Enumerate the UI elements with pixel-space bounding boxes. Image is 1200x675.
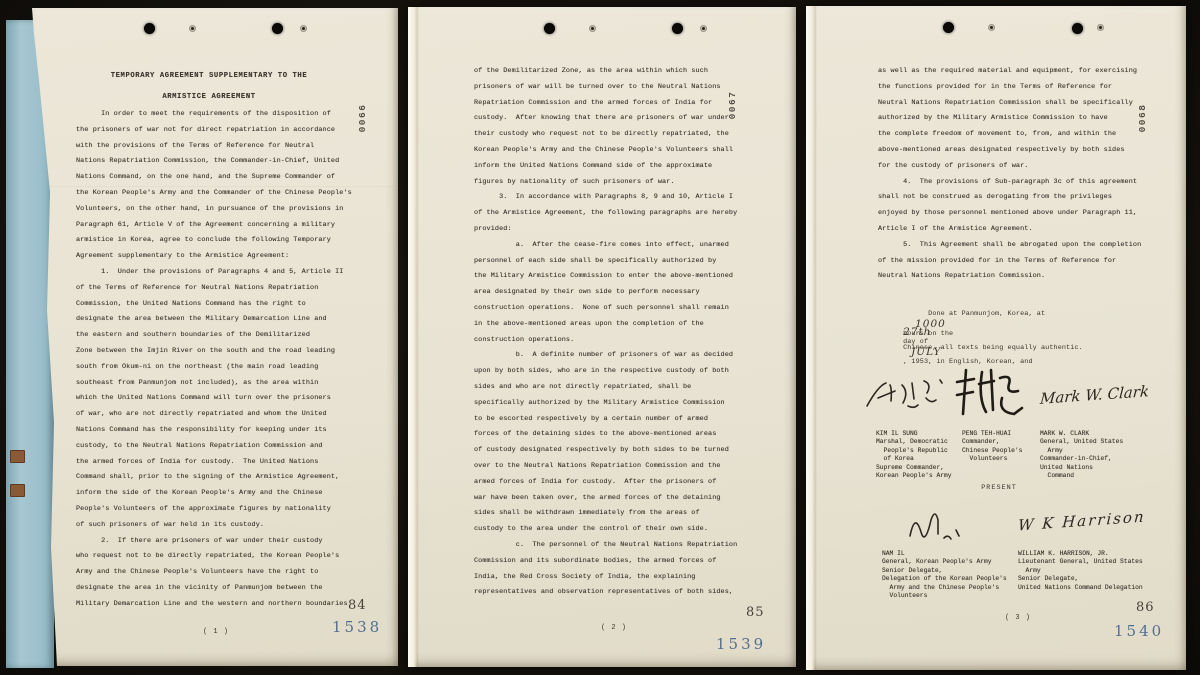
text-line: Senior Delegate,: [882, 567, 1016, 575]
text-line: Senior Delegate,: [1018, 575, 1158, 583]
signatory-peng-teh-huai: PENG TEH-HUAICommander,Chinese People's …: [962, 430, 1038, 464]
staple-hole: [988, 24, 995, 31]
text-line: 3. In accordance with Paragraphs 8, 9 an…: [474, 190, 774, 206]
text-line: Delegation of the Korean People's: [882, 575, 1016, 583]
text-line: sides and who are not directly repatriat…: [474, 380, 774, 396]
text-line: In order to meet the requirements of the…: [76, 107, 366, 123]
page-left-edge-highlight: [408, 7, 419, 667]
text-line: personnel of each side shall be specific…: [474, 254, 774, 270]
page-number: ( 2 ): [474, 624, 754, 632]
text-line: General, Korean People's Army: [882, 558, 1016, 566]
text-line: Army and the Chinese People's: [882, 584, 1016, 592]
page-number: ( 3 ): [878, 614, 1158, 622]
text-line: the prisoners of war not for direct repa…: [76, 123, 366, 139]
punch-hole: [544, 23, 555, 34]
text-line: Army: [1018, 567, 1158, 575]
date-typed-text: Chinese, all texts being equally authent…: [903, 344, 1083, 352]
text-line: over to the Neutral Nations Repatriation…: [474, 459, 774, 475]
text-line: India, the Red Cross Society of India, t…: [474, 570, 774, 586]
text-line: sides shall be withdrawn immediately fro…: [474, 506, 774, 522]
harrison-signature: W K Harrison: [1018, 507, 1147, 534]
page-body-text: as well as the required material and equ…: [878, 64, 1178, 285]
folio-stamp: 86: [1136, 600, 1155, 615]
execution-date-line-3: Chinese, all texts being equally authent…: [878, 336, 1083, 360]
text-line: Paragraph 61, Article V of the Agreement…: [76, 218, 366, 234]
text-line: specifically authorized by the Military …: [474, 396, 774, 412]
text-line: Korean People's Army: [876, 472, 962, 480]
serial-number-stamp: 1538: [332, 618, 382, 636]
text-line: Nations Repatriation Commission, the Com…: [76, 154, 366, 170]
text-line: of the Terms of Reference for Neutral Na…: [76, 281, 366, 297]
punch-hole: [943, 22, 954, 33]
serial-number-stamp: 1539: [716, 635, 766, 653]
text-line: Lieutenant General, United States: [1018, 558, 1158, 566]
text-line: Zone between the Imjin River on the sout…: [76, 344, 366, 360]
text-line: who request not to be directly repatriat…: [76, 549, 366, 565]
text-line: of war, who are not directly repatriated…: [76, 407, 366, 423]
text-line: south from Okum-ni on the northeast (the…: [76, 360, 366, 376]
text-line: the complete freedom of movement to, fro…: [878, 127, 1178, 143]
page-2: 0067 of the Demilitarized Zone, as the a…: [408, 7, 796, 667]
mark-clark-signature: Mark W. Clark: [1039, 382, 1149, 408]
text-line: forces of the detaining sides to the abo…: [474, 427, 774, 443]
punch-hole: [1072, 23, 1083, 34]
tape-fragment: [10, 450, 25, 463]
text-line: Army: [1040, 447, 1140, 455]
text-line: the Military Armistice Commission to ent…: [474, 269, 774, 285]
page-number: ( 1 ): [76, 628, 356, 636]
text-line: custody to the area under the control of…: [474, 522, 774, 538]
text-line: above-mentioned areas designated respect…: [878, 143, 1178, 159]
kim-il-sung-signature: [864, 376, 956, 420]
text-line: 4. The provisions of Sub-paragraph 3c of…: [878, 175, 1178, 191]
staple-hole: [189, 25, 196, 32]
text-line: Korean People's Army and the Chinese Peo…: [474, 143, 774, 159]
staple-hole: [589, 25, 596, 32]
punch-hole: [272, 23, 283, 34]
text-line: Marshal, Democratic: [876, 438, 962, 446]
text-line: Nations Command, on the one hand, and th…: [76, 170, 366, 186]
signatory-harrison: WILLIAM K. HARRISON, JR.Lieutenant Gener…: [1018, 550, 1158, 592]
text-line: representatives and observation represen…: [474, 585, 774, 601]
page-left-edge-highlight: [806, 6, 817, 670]
text-line: Army and the Chinese People's Volunteers…: [76, 565, 366, 581]
text-line: inform the United Nations Command side o…: [474, 159, 774, 175]
text-line: of such prisoners of war held in its cus…: [76, 518, 366, 534]
text-line: General, United States: [1040, 438, 1140, 446]
text-line: to be escorted respectively by a certain…: [474, 412, 774, 428]
text-line: Commander-in-Chief,: [1040, 455, 1140, 463]
text-line: war have been taken over, the armed forc…: [474, 491, 774, 507]
peng-teh-huai-signature: [954, 364, 1028, 420]
punch-hole: [144, 23, 155, 34]
text-line: area designated by their own side to per…: [474, 285, 774, 301]
text-line: of custody designated respectively by bo…: [474, 443, 774, 459]
text-line: of Korea: [876, 455, 962, 463]
text-line: a. After the cease-fire comes into effec…: [474, 238, 774, 254]
text-line: the armed forces of India for custody. T…: [76, 455, 366, 471]
text-line: c. The personnel of the Neutral Nations …: [474, 538, 774, 554]
text-line: designate the area between the Military …: [76, 312, 366, 328]
scanned-document-spread: TEMPORARY AGREEMENT SUPPLEMENTARY TO THE…: [0, 0, 1200, 675]
text-line: the Korean People's Army and the Command…: [76, 186, 366, 202]
signatory-nam-il: NAM ILGeneral, Korean People's ArmySenio…: [882, 550, 1016, 600]
text-line: of the mission provided for in the Terms…: [878, 254, 1178, 270]
text-line: Commander,: [962, 438, 1038, 446]
text-line: armistice in Korea, agree to conclude th…: [76, 233, 366, 249]
text-line: TEMPORARY AGREEMENT SUPPLEMENTARY TO THE: [76, 66, 342, 87]
staple-hole: [700, 25, 707, 32]
text-line: 5. This Agreement shall be abrogated upo…: [878, 238, 1178, 254]
text-line: their custody who request not to be dire…: [474, 127, 774, 143]
text-line: of the Armistice Agreement, the followin…: [474, 206, 774, 222]
text-line: Command shall, prior to the signing of t…: [76, 470, 366, 486]
text-line: Command: [1040, 472, 1140, 480]
text-line: Commission, the United Nations Command h…: [76, 297, 366, 313]
text-line: Commission and its subordinate bodies, t…: [474, 554, 774, 570]
text-line: southeast from Panmunjom not included), …: [76, 376, 366, 392]
text-line: authorized by the Military Armistice Com…: [878, 111, 1178, 127]
text-line: b. A definite number of prisoners of war…: [474, 348, 774, 364]
text-line: Repatriation Commission and the armed fo…: [474, 96, 774, 112]
text-line: the eastern and southern boundaries of t…: [76, 328, 366, 344]
text-line: shall not be construed as derogating fro…: [878, 190, 1178, 206]
text-line: Neutral Nations Repatriation Commission.: [878, 269, 1178, 285]
text-line: with the provisions of the Terms of Refe…: [76, 139, 366, 155]
text-line: armed forces of India for custody. After…: [474, 475, 774, 491]
text-line: the functions provided for in the Terms …: [878, 80, 1178, 96]
text-line: Military Demarcation Line and the wester…: [76, 597, 366, 613]
signatory-kim-il-sung: KIM IL SUNGMarshal, Democratic People's …: [876, 430, 962, 480]
text-line: inform the side of the Korean People's A…: [76, 486, 366, 502]
page-3: 0068 as well as the required material an…: [806, 6, 1186, 670]
text-line: People's Republic: [876, 447, 962, 455]
text-line: People's Volunteers of the approximate f…: [76, 502, 366, 518]
text-line: 2. If there are prisoners of war under t…: [76, 534, 366, 550]
text-line: provided:: [474, 222, 774, 238]
text-line: Nations Command has the responsibility f…: [76, 423, 366, 439]
page-body-text: of the Demilitarized Zone, as the area w…: [474, 64, 774, 601]
text-line: which the United Nations Command will tu…: [76, 391, 366, 407]
text-line: Agreement supplementary to the Armistice…: [76, 249, 366, 265]
text-line: upon by both sides, who are in the respe…: [474, 364, 774, 380]
folio-stamp: 84: [348, 598, 367, 613]
staple-hole: [1097, 24, 1104, 31]
folio-stamp: 85: [746, 605, 765, 620]
page-body-text: In order to meet the requirements of the…: [76, 107, 366, 613]
text-line: custody. After knowing that there are pr…: [474, 111, 774, 127]
text-line: enjoyed by those personnel mentioned abo…: [878, 206, 1178, 222]
nam-il-signature: [906, 508, 972, 548]
text-line: Volunteers, on the other hand, in pursua…: [76, 202, 366, 218]
punch-hole: [672, 23, 683, 34]
text-line: prisoners of war will be turned over to …: [474, 80, 774, 96]
text-line: designate the area in the vicinity of Pa…: [76, 581, 366, 597]
text-line: for the custody of prisoners of war.: [878, 159, 1178, 175]
page-1: TEMPORARY AGREEMENT SUPPLEMENTARY TO THE…: [30, 8, 398, 666]
document-title: TEMPORARY AGREEMENT SUPPLEMENTARY TO THE…: [76, 66, 342, 108]
text-line: Volunteers: [882, 592, 1016, 600]
serial-number-stamp: 1540: [1114, 622, 1164, 640]
text-line: Chinese People's: [962, 447, 1038, 455]
text-line: construction operations. None of such pe…: [474, 301, 774, 317]
text-line: construction operations.: [474, 333, 774, 349]
text-line: of the Demilitarized Zone, as the area w…: [474, 64, 774, 80]
text-line: Supreme Commander,: [876, 464, 962, 472]
text-line: Article I of the Armistice Agreement.: [878, 222, 1178, 238]
text-line: Volunteers: [962, 455, 1038, 463]
text-line: custody, to the Neutral Nations Repatria…: [76, 439, 366, 455]
text-line: as well as the required material and equ…: [878, 64, 1178, 80]
date-typed-text: Done at Panmunjom, Korea, at: [903, 310, 1045, 318]
signatory-mark-clark: MARK W. CLARKGeneral, United States Army…: [1040, 430, 1140, 480]
text-line: United Nations Command Delegation: [1018, 584, 1158, 592]
text-line: Neutral Nations Repatriation Commission …: [878, 96, 1178, 112]
present-label: PRESENT: [954, 484, 1044, 492]
text-line: United Nations: [1040, 464, 1140, 472]
staple-hole: [300, 25, 307, 32]
text-line: ARMISTICE AGREEMENT: [76, 87, 342, 108]
tape-fragment: [10, 484, 25, 497]
text-line: figures by nationality of such prisoners…: [474, 175, 774, 191]
text-line: 1. Under the provisions of Paragraphs 4 …: [76, 265, 366, 281]
text-line: in the above-mentioned areas upon the co…: [474, 317, 774, 333]
